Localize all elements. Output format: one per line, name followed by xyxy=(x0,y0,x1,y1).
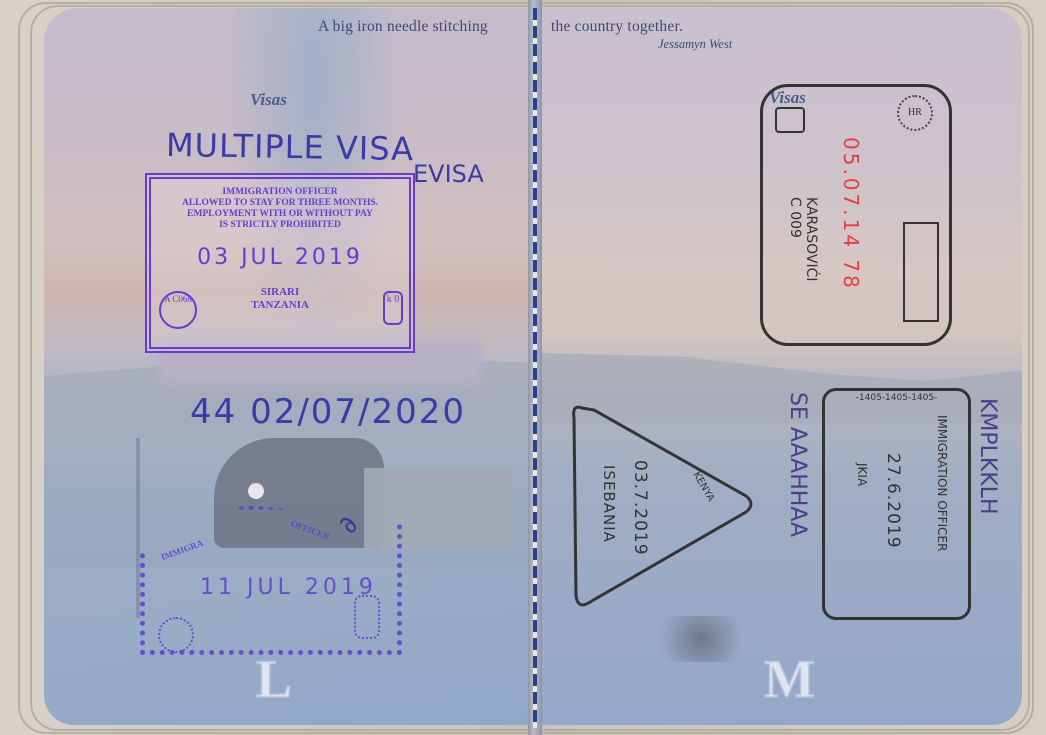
visas-label-left: Visas xyxy=(250,90,287,110)
stamp-line: IMMIGRATION OFFICER xyxy=(151,187,409,198)
ink-smudge xyxy=(646,616,756,662)
stamp-codes: -1405-1405-1405- xyxy=(825,393,968,403)
stamp-date: 03.7.2019 xyxy=(630,460,650,556)
stamp-circle xyxy=(158,617,194,653)
stamp-text: IMMIGRATION OFFICER ALLOWED TO STAY FOR … xyxy=(151,187,409,231)
stamp-croatia: HR 05.07.14 78 KARASOVIĆI C 009 xyxy=(760,84,952,346)
binding-thread xyxy=(533,8,537,728)
stamp-officer: IMMIGRATION OFFICER xyxy=(935,415,949,551)
headlamp xyxy=(248,483,264,499)
stamp-kenya-exit: 03.7.2019 ISEBANIA KENYA xyxy=(570,400,756,610)
handwriting-evisa: EVISA xyxy=(413,160,484,188)
stamp-date: 11 JUL 2019 xyxy=(200,575,377,600)
handwriting-multiple-visa: MULTIPLE VISA xyxy=(166,126,415,168)
quote-right: the country together. xyxy=(551,18,683,36)
triangle-outline xyxy=(570,400,756,610)
handwriting-note-left: SE AAAHHAA xyxy=(785,392,810,537)
stamp-date: 05.07.14 78 xyxy=(839,137,863,291)
quote-left: A big iron needle stitching xyxy=(318,18,488,36)
stamp-tanzania-entry: IMMIGRATION OFFICER ALLOWED TO STAY FOR … xyxy=(145,173,415,353)
handwriting-date-note: 44 02/07/2020 xyxy=(190,392,466,432)
stamp-place: KARASOVIĆI C 009 xyxy=(787,197,819,282)
stamp-date: 03 JUL 2019 xyxy=(151,245,409,270)
stamp-date: 27.6.2019 xyxy=(883,453,903,549)
stamp-box-code: k 0 xyxy=(383,291,403,325)
page-letter-right: M xyxy=(764,648,815,710)
stamp-code: C 009 xyxy=(787,197,803,282)
car-icon xyxy=(903,222,939,322)
stamp-country-code: HR xyxy=(897,95,933,131)
stamp-kenya-entry: -1405-1405-1405- IMMIGRATION OFFICER 27.… xyxy=(822,388,971,620)
stamp-box xyxy=(354,595,380,639)
page-letter-left: L xyxy=(256,648,292,710)
stamp-circle-code: A C068 xyxy=(159,291,197,329)
stamp-line: EMPLOYMENT WITH OR WITHOUT PAY xyxy=(151,209,409,220)
quote-author: Jessamyn West xyxy=(658,37,732,52)
stamp-place: JKIA xyxy=(855,463,869,486)
stamp-place-name: KARASOVIĆI xyxy=(803,197,819,282)
stamp-line: ALLOWED TO STAY FOR THREE MONTHS. xyxy=(151,198,409,209)
exit-arrow-icon xyxy=(775,107,805,133)
stamp-line: IS STRICTLY PROHIBITED xyxy=(151,220,409,231)
stamp-place: ISEBANIA xyxy=(600,465,618,543)
handwriting-note-right: KMPLKKLH xyxy=(975,398,1000,515)
passport-spread: A big iron needle stitching the country … xyxy=(0,0,1046,735)
